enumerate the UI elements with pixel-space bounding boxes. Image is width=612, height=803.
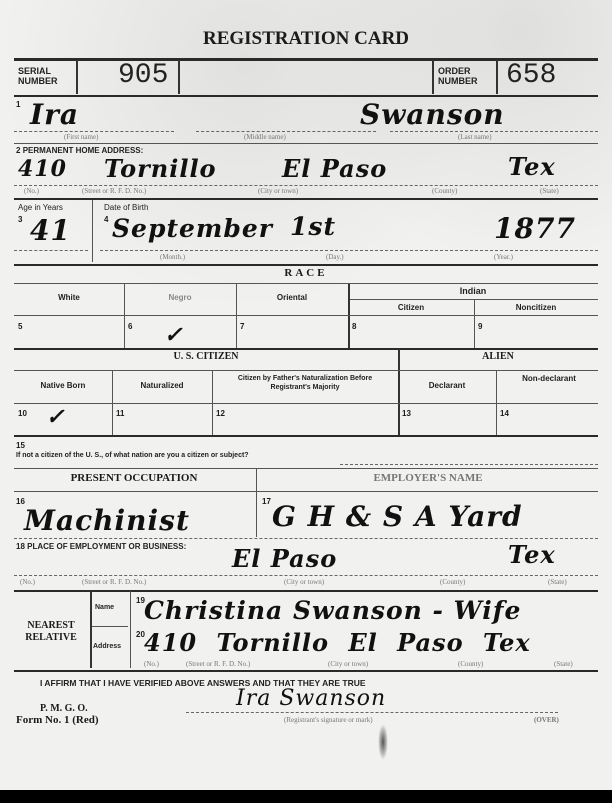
caption-city: (City or town) xyxy=(284,578,324,586)
race-indian-label: Indian xyxy=(348,286,598,296)
order-number-value: 658 xyxy=(506,60,556,91)
divider xyxy=(76,60,78,94)
divider xyxy=(14,264,598,266)
divider xyxy=(14,185,598,186)
divider xyxy=(14,348,598,350)
divider xyxy=(14,198,598,200)
native-born-checkmark: ✓ xyxy=(46,404,65,430)
field-number: 14 xyxy=(500,409,509,418)
caption-city: (City or town) xyxy=(258,187,298,195)
ink-smudge xyxy=(378,724,388,760)
employer-value: G H & S A Yard xyxy=(272,500,523,533)
caption-state: (State) xyxy=(540,187,559,195)
caption-county: (County) xyxy=(432,187,457,195)
field-number: 7 xyxy=(240,322,244,331)
divider xyxy=(14,250,88,251)
occupation-heading: PRESENT OCCUPATION xyxy=(14,472,254,484)
field-number: 9 xyxy=(478,322,482,331)
relative-address-label: Address xyxy=(93,643,121,650)
divider xyxy=(432,60,434,94)
naturalized-label: Naturalized xyxy=(112,381,212,390)
caption-day: (Day.) xyxy=(326,253,344,261)
native-born-label: Native Born xyxy=(14,381,112,390)
caption-county: (County) xyxy=(458,660,483,668)
last-name-value: Swanson xyxy=(360,98,505,131)
card-title: REGISTRATION CARD xyxy=(0,28,612,50)
caption-month: (Month.) xyxy=(160,253,185,261)
field-number: 12 xyxy=(216,409,225,418)
divider xyxy=(14,283,598,284)
order-label-line-2: NUMBER xyxy=(438,76,478,86)
field-number: 8 xyxy=(352,322,356,331)
relative-address-value: 410 Tornillo El Paso Tex xyxy=(144,628,531,657)
caption-state: (State) xyxy=(548,578,567,586)
home-state-value: Tex xyxy=(508,152,556,181)
serial-number-label: SERIAL NUMBER xyxy=(18,66,58,86)
divider xyxy=(14,575,598,576)
home-street-value: Tornillo xyxy=(104,154,217,183)
serial-label-line-1: SERIAL xyxy=(18,66,58,76)
field-number: 5 xyxy=(18,322,22,331)
divider xyxy=(390,131,598,132)
divider xyxy=(90,591,92,668)
age-label: Age in Years xyxy=(18,203,63,212)
birth-day-value: 1st xyxy=(290,212,336,241)
divider xyxy=(14,143,598,144)
race-negro-label: Negro xyxy=(124,293,236,302)
caption-no: (No.) xyxy=(144,660,159,668)
signature-caption: (Registrant's signature or mark) xyxy=(284,716,373,724)
relative-name-label: Name xyxy=(95,604,114,611)
field-number: 1 xyxy=(16,100,20,109)
divider xyxy=(92,200,93,262)
employer-heading: EMPLOYER'S NAME xyxy=(258,472,598,484)
birth-label: Date of Birth xyxy=(104,203,148,212)
caption-street: (Street or R. F. D. No.) xyxy=(186,660,250,668)
caption-city: (City or town) xyxy=(328,660,368,668)
field-number: 6 xyxy=(128,322,132,331)
non-declarant-label: Non-declarant xyxy=(520,374,578,384)
divider xyxy=(14,315,598,316)
nearest-relative-line-1: NEAREST xyxy=(14,620,88,632)
caption-street: (Street or R. F. D. No.) xyxy=(82,187,146,195)
serial-number-value: 905 xyxy=(118,60,168,91)
middle-name-caption: (Middle name) xyxy=(244,133,286,141)
us-citizen-heading: U. S. CITIZEN xyxy=(14,351,398,362)
divider xyxy=(340,464,598,465)
registrant-signature: Ira Swanson xyxy=(236,686,386,711)
divider xyxy=(496,60,498,94)
nation-question: If not a citizen of the U. S., of what n… xyxy=(16,452,249,459)
field-number: 4 xyxy=(104,215,108,224)
field-number: 15 xyxy=(16,441,25,450)
race-indian-citizen-label: Citizen xyxy=(348,303,474,312)
divider xyxy=(14,370,598,371)
field-number: 17 xyxy=(262,497,271,506)
field-number: 2 xyxy=(16,146,20,155)
form-line-2: Form No. 1 (Red) xyxy=(16,714,98,726)
home-city-value: El Paso xyxy=(282,154,387,183)
divider xyxy=(14,590,598,592)
race-oriental-label: Oriental xyxy=(236,293,348,302)
field-number: 13 xyxy=(402,409,411,418)
caption-no: (No.) xyxy=(20,578,35,586)
divider xyxy=(350,299,598,300)
divider xyxy=(178,60,180,94)
first-name-caption: (First name) xyxy=(64,133,98,141)
race-negro-checkmark: ✓ xyxy=(164,322,183,348)
divider xyxy=(14,95,598,97)
divider xyxy=(14,403,598,404)
registration-card: REGISTRATION CARD SERIAL NUMBER 905 ORDE… xyxy=(0,0,612,790)
divider xyxy=(14,538,598,539)
divider xyxy=(92,626,128,627)
order-number-label: ORDER NUMBER xyxy=(438,66,478,86)
citizen-by-father-label: Citizen by Father's Naturalization Befor… xyxy=(222,374,388,392)
divider xyxy=(100,250,598,251)
divider xyxy=(256,469,257,537)
race-indian-noncitizen-label: Noncitizen xyxy=(474,303,598,312)
race-white-label: White xyxy=(14,293,124,302)
field-number: 11 xyxy=(116,409,124,418)
race-heading: RACE xyxy=(0,267,612,279)
serial-label-line-2: NUMBER xyxy=(18,76,58,86)
declarant-label: Declarant xyxy=(398,381,496,390)
form-line-1: P. M. G. O. xyxy=(40,703,88,714)
home-number-value: 410 xyxy=(18,156,67,182)
employment-city-value: El Paso xyxy=(232,544,337,573)
divider xyxy=(14,435,598,437)
caption-street: (Street or R. F. D. No.) xyxy=(82,578,146,586)
divider xyxy=(196,131,376,132)
employment-place-label-text: PLACE OF EMPLOYMENT OR BUSINESS: xyxy=(27,542,186,551)
field-number: 18 xyxy=(16,542,25,551)
last-name-caption: (Last name) xyxy=(458,133,492,141)
relative-name-value: Christina Swanson - Wife xyxy=(144,596,521,625)
first-name-value: Ira xyxy=(30,98,79,131)
divider xyxy=(186,712,558,713)
employment-state-value: Tex xyxy=(508,540,556,569)
age-value: 41 xyxy=(30,214,71,247)
nearest-relative-line-2: RELATIVE xyxy=(14,632,88,644)
divider xyxy=(14,131,174,132)
field-number: 10 xyxy=(18,409,27,418)
divider xyxy=(14,491,598,492)
caption-county: (County) xyxy=(440,578,465,586)
divider xyxy=(130,591,131,668)
occupation-value: Machinist xyxy=(24,504,190,537)
order-label-line-1: ORDER xyxy=(438,66,478,76)
divider xyxy=(14,468,598,469)
nearest-relative-label: NEAREST RELATIVE xyxy=(14,620,88,644)
divider xyxy=(14,670,598,672)
caption-year: (Year.) xyxy=(494,253,513,261)
field-number: 3 xyxy=(18,215,22,224)
alien-heading: ALIEN xyxy=(398,351,598,362)
birth-year-value: 1877 xyxy=(494,212,576,245)
caption-state: (State) xyxy=(554,660,573,668)
birth-month-value: September xyxy=(112,214,273,243)
caption-no: (No.) xyxy=(24,187,39,195)
employment-place-label: 18 PLACE OF EMPLOYMENT OR BUSINESS: xyxy=(16,542,186,551)
over-label: (OVER) xyxy=(534,716,559,724)
